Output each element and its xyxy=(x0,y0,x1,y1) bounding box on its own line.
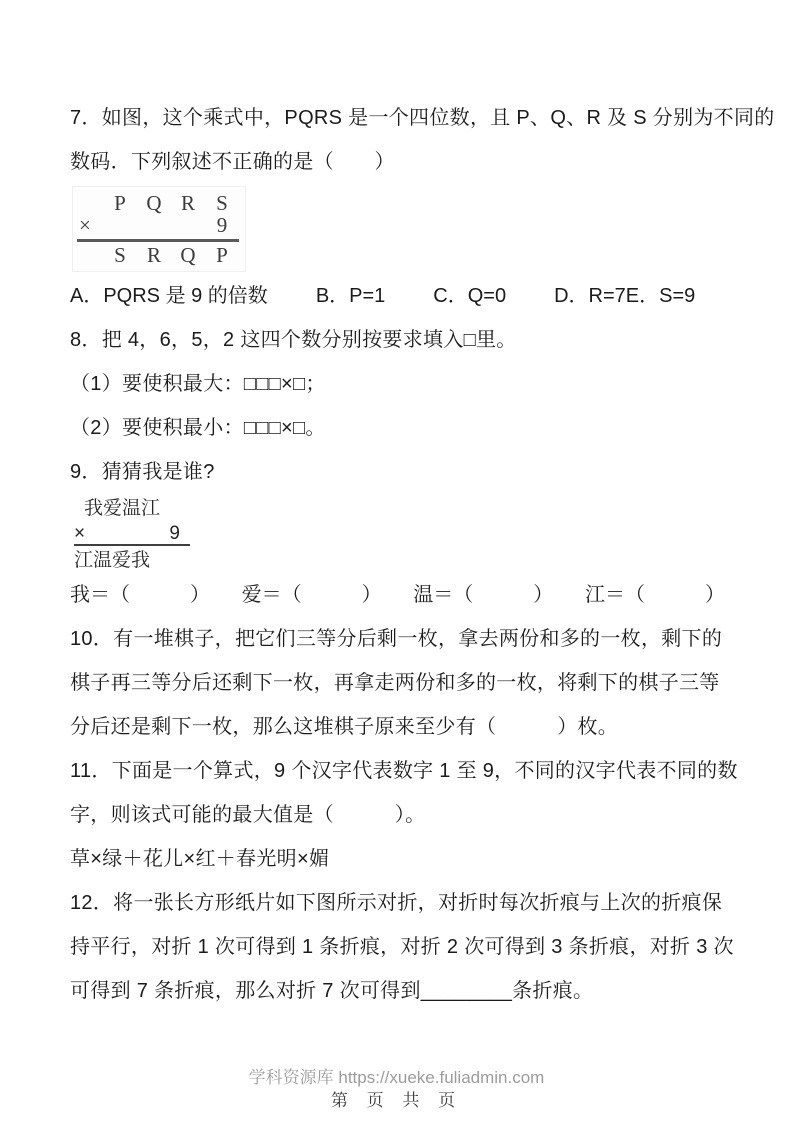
choice-c: C．Q=0 xyxy=(433,274,506,318)
figure-letter-p: P xyxy=(103,192,137,214)
figure-spacer xyxy=(77,192,103,214)
choice-b: B．P=1 xyxy=(316,274,385,318)
figure-multiplicand: 我爱温江 xyxy=(74,496,190,521)
figure-spacer xyxy=(137,214,171,236)
page-footer: 学科资源库 https://xueke.fuliadmin.com 第 页 共 … xyxy=(0,1067,793,1112)
question-8-stem: 8．把 4，6，5，2 这四个数分别按要求填入□里。 xyxy=(70,318,725,362)
figure-spacer xyxy=(171,214,205,236)
question-12: 12．将一张长方形纸片如下图所示对折，对折时每次折痕与上次的折痕保 持平行，对折… xyxy=(70,881,725,1013)
footer-site-url: 学科资源库 https://xueke.fuliadmin.com xyxy=(0,1067,793,1089)
question-12-line-1: 12．将一张长方形纸片如下图所示对折，对折时每次折痕与上次的折痕保 xyxy=(70,881,725,925)
question-11-line-1: 11．下面是一个算式，9 个汉字代表数字 1 至 9，不同的汉字代表不同的数 xyxy=(70,749,725,793)
blank-ai: 爱＝（ ） xyxy=(242,573,382,617)
footer-page-number: 第 页 共 页 xyxy=(0,1090,793,1112)
figure-horizontal-rule xyxy=(77,239,239,242)
question-11-line-2: 字，则该式可能的最大值是（ ）。 xyxy=(70,793,725,837)
blank-jiang: 江＝（ ） xyxy=(585,573,725,617)
figure-letter-r: R xyxy=(171,192,205,214)
worksheet-page: 7．如图，这个乘式中，PQRS 是一个四位数，且 P、Q、R 及 S 分别为不同… xyxy=(0,0,793,1122)
question-7: 7．如图，这个乘式中，PQRS 是一个四位数，且 P、Q、R 及 S 分别为不同… xyxy=(70,96,725,318)
figure-result-s: S xyxy=(103,244,137,266)
multiply-sign: × xyxy=(77,214,103,236)
question-11: 11．下面是一个算式，9 个汉字代表数字 1 至 9，不同的汉字代表不同的数 字… xyxy=(70,749,725,881)
question-9-multiplication-figure: 我爱温江 × 9 江温爱我 xyxy=(74,496,190,571)
question-8: 8．把 4，6，5，2 这四个数分别按要求填入□里。 （1）要使积最大：□□□×… xyxy=(70,318,725,450)
choice-a: A．PQRS 是 9 的倍数 xyxy=(70,274,268,318)
question-12-line-3: 可得到 7 条折痕，那么对折 7 次可得到________条折痕。 xyxy=(70,969,725,1013)
blank-wo: 我＝（ ） xyxy=(70,573,210,617)
question-10-line-1: 10．有一堆棋子，把它们三等分后剩一枚，拿去两份和多的一枚，剩下的 xyxy=(70,617,725,661)
figure-letter-s: S xyxy=(205,192,239,214)
question-9-stem: 9．猜猜我是谁? xyxy=(70,450,725,494)
question-7-line-2: 数码．下列叙述不正确的是（ ） xyxy=(70,140,725,184)
question-9: 9．猜猜我是谁? 我爱温江 × 9 江温爱我 我＝（ ） 爱＝（ ） 温＝（ ）… xyxy=(70,450,725,617)
figure-multiplier-9: 9 xyxy=(169,521,180,543)
figure-product: 江温爱我 xyxy=(74,546,190,571)
figure-multiplier-9: 9 xyxy=(205,214,239,236)
figure-spacer xyxy=(77,244,103,266)
question-7-line-1: 7．如图，这个乘式中，PQRS 是一个四位数，且 P、Q、R 及 S 分别为不同… xyxy=(70,96,725,140)
blank-wen: 温＝（ ） xyxy=(413,573,553,617)
worksheet-content: 7．如图，这个乘式中，PQRS 是一个四位数，且 P、Q、R 及 S 分别为不同… xyxy=(70,96,725,1013)
question-12-line-2: 持平行，对折 1 次可得到 1 条折痕，对折 2 次可得到 3 条折痕，对折 3… xyxy=(70,925,725,969)
question-7-choices: A．PQRS 是 9 的倍数 B．P=1 C．Q=0 D．R=7E．S=9 xyxy=(70,274,725,318)
figure-result-q: Q xyxy=(171,244,205,266)
question-8-item-1: （1）要使积最大：□□□×□； xyxy=(70,362,725,406)
figure-spacer xyxy=(103,214,137,236)
question-10: 10．有一堆棋子，把它们三等分后剩一枚，拿去两份和多的一枚，剩下的 棋子再三等分… xyxy=(70,617,725,749)
question-9-answer-blanks: 我＝（ ） 爱＝（ ） 温＝（ ） 江＝（ ） xyxy=(70,573,725,617)
figure-letter-q: Q xyxy=(137,192,171,214)
choice-d: D．R=7E．S=9 xyxy=(554,274,695,318)
multiply-sign: × xyxy=(74,521,85,543)
question-10-line-3: 分后还是剩下一枚，那么这堆棋子原来至少有（ ）枚。 xyxy=(70,705,725,749)
question-7-multiplication-figure: P Q R S × 9 S R Q P xyxy=(72,186,246,272)
figure-multiplier-row: × 9 xyxy=(74,521,190,546)
question-11-expression: 草×绿＋花儿×红＋春光明×媚 xyxy=(70,837,725,881)
figure-result-r: R xyxy=(137,244,171,266)
figure-result-p: P xyxy=(205,244,239,266)
question-10-line-2: 棋子再三等分后还剩下一枚，再拿走两份和多的一枚，将剩下的棋子三等 xyxy=(70,661,725,705)
question-8-item-2: （2）要使积最小：□□□×□。 xyxy=(70,406,725,450)
